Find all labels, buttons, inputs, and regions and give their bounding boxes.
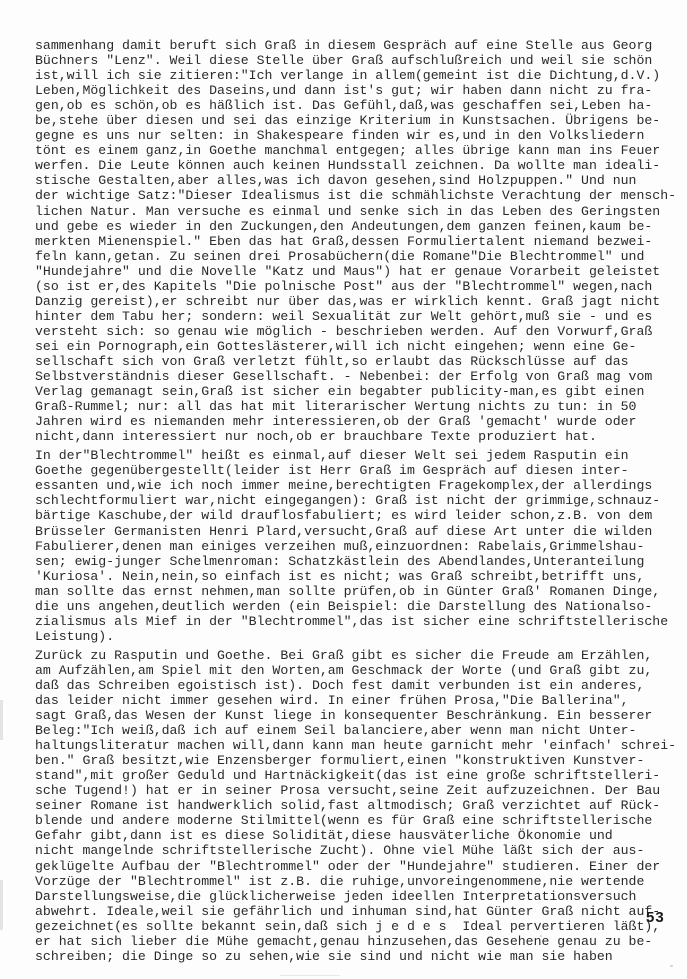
text-line: werfen. Die Leute können auch keinen Hun…: [35, 158, 675, 173]
text-line: ist,will ich sie zitieren:"Ich verlange …: [35, 68, 675, 83]
text-line: 'Kuriosa'. Nein,nein,so einfach ist es n…: [35, 569, 675, 584]
paragraph: sammenhang damit beruft sich Graß in die…: [35, 38, 675, 444]
text-line: tönt es einem ganz,in Goethe manchmal en…: [35, 143, 675, 158]
paper-speck: [540, 935, 542, 937]
document-page: sammenhang damit beruft sich Graß in die…: [0, 0, 687, 979]
text-line: Selbstverständnis dieser Gesellschaft. -…: [35, 369, 675, 384]
text-line: am Aufzählen,am Spiel mit den Worten,am …: [35, 663, 675, 678]
text-line: Danzig gereist),er schreibt nur über das…: [35, 294, 675, 309]
text-line: essanten und,wie ich noch immer meine,be…: [35, 478, 675, 493]
text-line: Goethe gegenübergestellt(leider ist Herr…: [35, 463, 675, 478]
text-line: Zurück zu Rasputin und Goethe. Bei Graß …: [35, 648, 675, 663]
page-edge-mark: [0, 880, 3, 930]
text-line: schlechtformuliert war,nicht eingegangen…: [35, 493, 675, 508]
text-line: feln kann,getan. Zu seinen drei Prosabüc…: [35, 249, 675, 264]
text-line: stische Gestalten,aber alles,was ich dav…: [35, 173, 675, 188]
text-line: ben." Graß besitzt,wie Enzensberger form…: [35, 753, 675, 768]
text-line: lichen Natur. Man versuche es einmal und…: [35, 204, 675, 219]
text-line: Verlag gemanagt sein,Graß ist sicher ein…: [35, 384, 675, 399]
text-line: stand",mit großer Geduld und Hartnäckigk…: [35, 768, 675, 783]
paper-speck: [280, 975, 340, 976]
text-line: sei ein Pornograph,ein Gotteslästerer,wi…: [35, 339, 675, 354]
body-text: sammenhang damit beruft sich Graß in die…: [35, 38, 675, 968]
text-line: Jahren wird es niemanden mehr interessie…: [35, 414, 675, 429]
text-line: Büchners "Lenz". Weil diese Stelle über …: [35, 53, 675, 68]
text-line: sammenhang damit beruft sich Graß in die…: [35, 38, 675, 53]
text-line: blende und andere moderne Stilmittel(wen…: [35, 813, 675, 828]
paragraph: Zurück zu Rasputin und Goethe. Bei Graß …: [35, 648, 675, 964]
text-line: sellschaft sich von Graß verletzt fühlt,…: [35, 354, 675, 369]
text-line: Brüsseler Germanisten Henri Plard,versuc…: [35, 524, 675, 539]
text-line: er hat sich lieber die Mühe gemacht,gena…: [35, 934, 675, 949]
page-edge-mark: [0, 700, 3, 740]
text-line: abwehrt. Ideale,weil sie gefährlich und …: [35, 904, 675, 919]
text-line: das leider nicht immer gesehen wird. In …: [35, 693, 675, 708]
paper-speck: [670, 965, 673, 967]
text-line: nicht mangelnde schriftstellerische Zuch…: [35, 843, 675, 858]
text-line: Leben,Möglichkeit des Daseins,und dann i…: [35, 83, 675, 98]
text-line: Darstellungsweise,die glücklicherweise j…: [35, 889, 675, 904]
text-line: "Hundejahre" und die Novelle "Katz und M…: [35, 264, 675, 279]
text-line: versteht sich: so genau wie möglich - be…: [35, 324, 675, 339]
text-line: Fabulierer,denen man einiges verzeihen m…: [35, 539, 675, 554]
text-line: nicht,dann interessiert nur noch,ob er b…: [35, 429, 675, 444]
text-line: und gebe es wieder in den Zuckungen,den …: [35, 219, 675, 234]
text-line: In der"Blechtrommel" heißt es einmal,auf…: [35, 448, 675, 463]
text-line: Gefahr gibt,dann ist es diese Solidität,…: [35, 828, 675, 843]
text-line: gezeichnet(es sollte bekannt sein,daß si…: [35, 919, 675, 934]
text-line: sche Tugend!) hat er in seiner Prosa ver…: [35, 783, 675, 798]
text-line: Graß-Rummel; nur: all das hat mit litera…: [35, 399, 675, 414]
text-line: hinter dem Tabu her; sondern: weil Sexua…: [35, 309, 675, 324]
text-line: Vorzüge der "Blechtrommel" ist z.B. die …: [35, 874, 675, 889]
text-line: daß das Schreiben egoistisch ist). Doch …: [35, 678, 675, 693]
text-line: sagt Graß,das Wesen der Kunst liege in k…: [35, 708, 675, 723]
page-number: 53: [646, 909, 665, 926]
text-line: geklügelte Aufbau der "Blechtrommel" ode…: [35, 859, 675, 874]
text-line: merkten Mienenspiel." Eben das hat Graß,…: [35, 234, 675, 249]
text-line: gegne es uns nur selten: in Shakespeare …: [35, 128, 675, 143]
text-line: haltungsliteratur machen will,dann kann …: [35, 738, 675, 753]
text-line: seiner Romane ist handwerklich solid,fas…: [35, 798, 675, 813]
text-line: man sollte das ernst nehmen,man sollte p…: [35, 584, 675, 599]
text-line: gen,ob es schön,ob es häßlich ist. Das G…: [35, 98, 675, 113]
text-line: be,stehe über diesen und sei das einzige…: [35, 113, 675, 128]
text-line: die uns angehen,deutlich werden (ein Bei…: [35, 599, 675, 614]
text-line: (so ist er,des Kapitels "Die polnische P…: [35, 279, 675, 294]
text-line: Leistung).: [35, 629, 675, 644]
text-line: sen; ewig-junger Schelmenroman: Schatzkä…: [35, 554, 675, 569]
text-line: der wichtige Satz:"Dieser Idealismus ist…: [35, 188, 675, 203]
text-line: schreiben; die Dinge so zu sehen,wie sie…: [35, 949, 675, 964]
paragraph: In der"Blechtrommel" heißt es einmal,auf…: [35, 448, 675, 644]
text-line: bärtige Kaschube,der wild drauflosfabuli…: [35, 508, 675, 523]
text-line: Beleg:"Ich weiß,daß ich auf einem Seil b…: [35, 723, 675, 738]
text-line: zialismus als Mief in der "Blechtrommel"…: [35, 614, 675, 629]
